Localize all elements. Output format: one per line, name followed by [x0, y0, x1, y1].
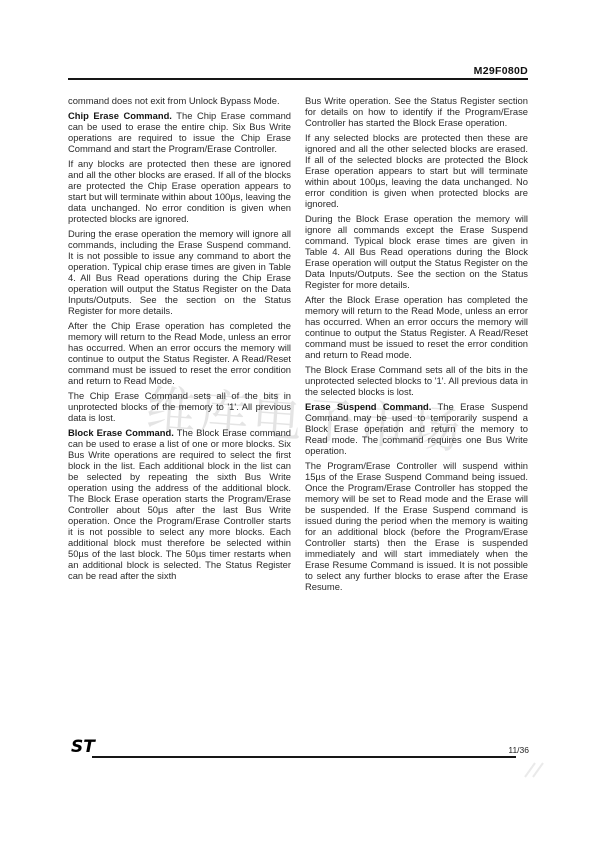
- section-heading: Erase Suspend Command.: [305, 401, 431, 412]
- section-heading: Chip Erase Command.: [68, 110, 172, 121]
- section-heading: Block Erase Command.: [68, 427, 174, 438]
- paragraph: The Chip Erase Command sets all of the b…: [68, 390, 291, 423]
- paragraph: If any blocks are protected then these a…: [68, 158, 291, 224]
- paragraph: During the Block Erase operation the mem…: [305, 213, 528, 290]
- datasheet-page: M29F080D 维库电子市场 command does not exit fr…: [0, 0, 595, 842]
- paragraph: During the erase operation the memory wi…: [68, 228, 291, 316]
- paragraph: After the Block Erase operation has comp…: [305, 294, 528, 360]
- paragraph: The Program/Erase Controller will suspen…: [305, 460, 528, 592]
- document-title: M29F080D: [474, 65, 528, 77]
- paragraph: Block Erase Command. The Block Erase com…: [68, 427, 291, 581]
- paragraph: Chip Erase Command. The Chip Erase comma…: [68, 110, 291, 154]
- paragraph: If any selected blocks are protected the…: [305, 132, 528, 209]
- paragraph: Erase Suspend Command. The Erase Suspend…: [305, 401, 528, 456]
- right-column: Bus Write operation. See the Status Regi…: [305, 95, 528, 596]
- paragraph: Bus Write operation. See the Status Regi…: [305, 95, 528, 128]
- svg-text:ST: ST: [71, 737, 96, 756]
- header-rule: [68, 78, 528, 80]
- st-logo-icon: ST: [70, 736, 96, 756]
- paragraph: After the Chip Erase operation has compl…: [68, 320, 291, 386]
- footer-rule: [92, 756, 516, 758]
- left-column: command does not exit from Unlock Bypass…: [68, 95, 291, 596]
- paragraph: The Block Erase Command sets all of the …: [305, 364, 528, 397]
- page-number: 11/36: [508, 745, 529, 755]
- watermark-fragment: [521, 761, 547, 779]
- paragraph: command does not exit from Unlock Bypass…: [68, 95, 291, 106]
- text-columns: command does not exit from Unlock Bypass…: [68, 95, 528, 596]
